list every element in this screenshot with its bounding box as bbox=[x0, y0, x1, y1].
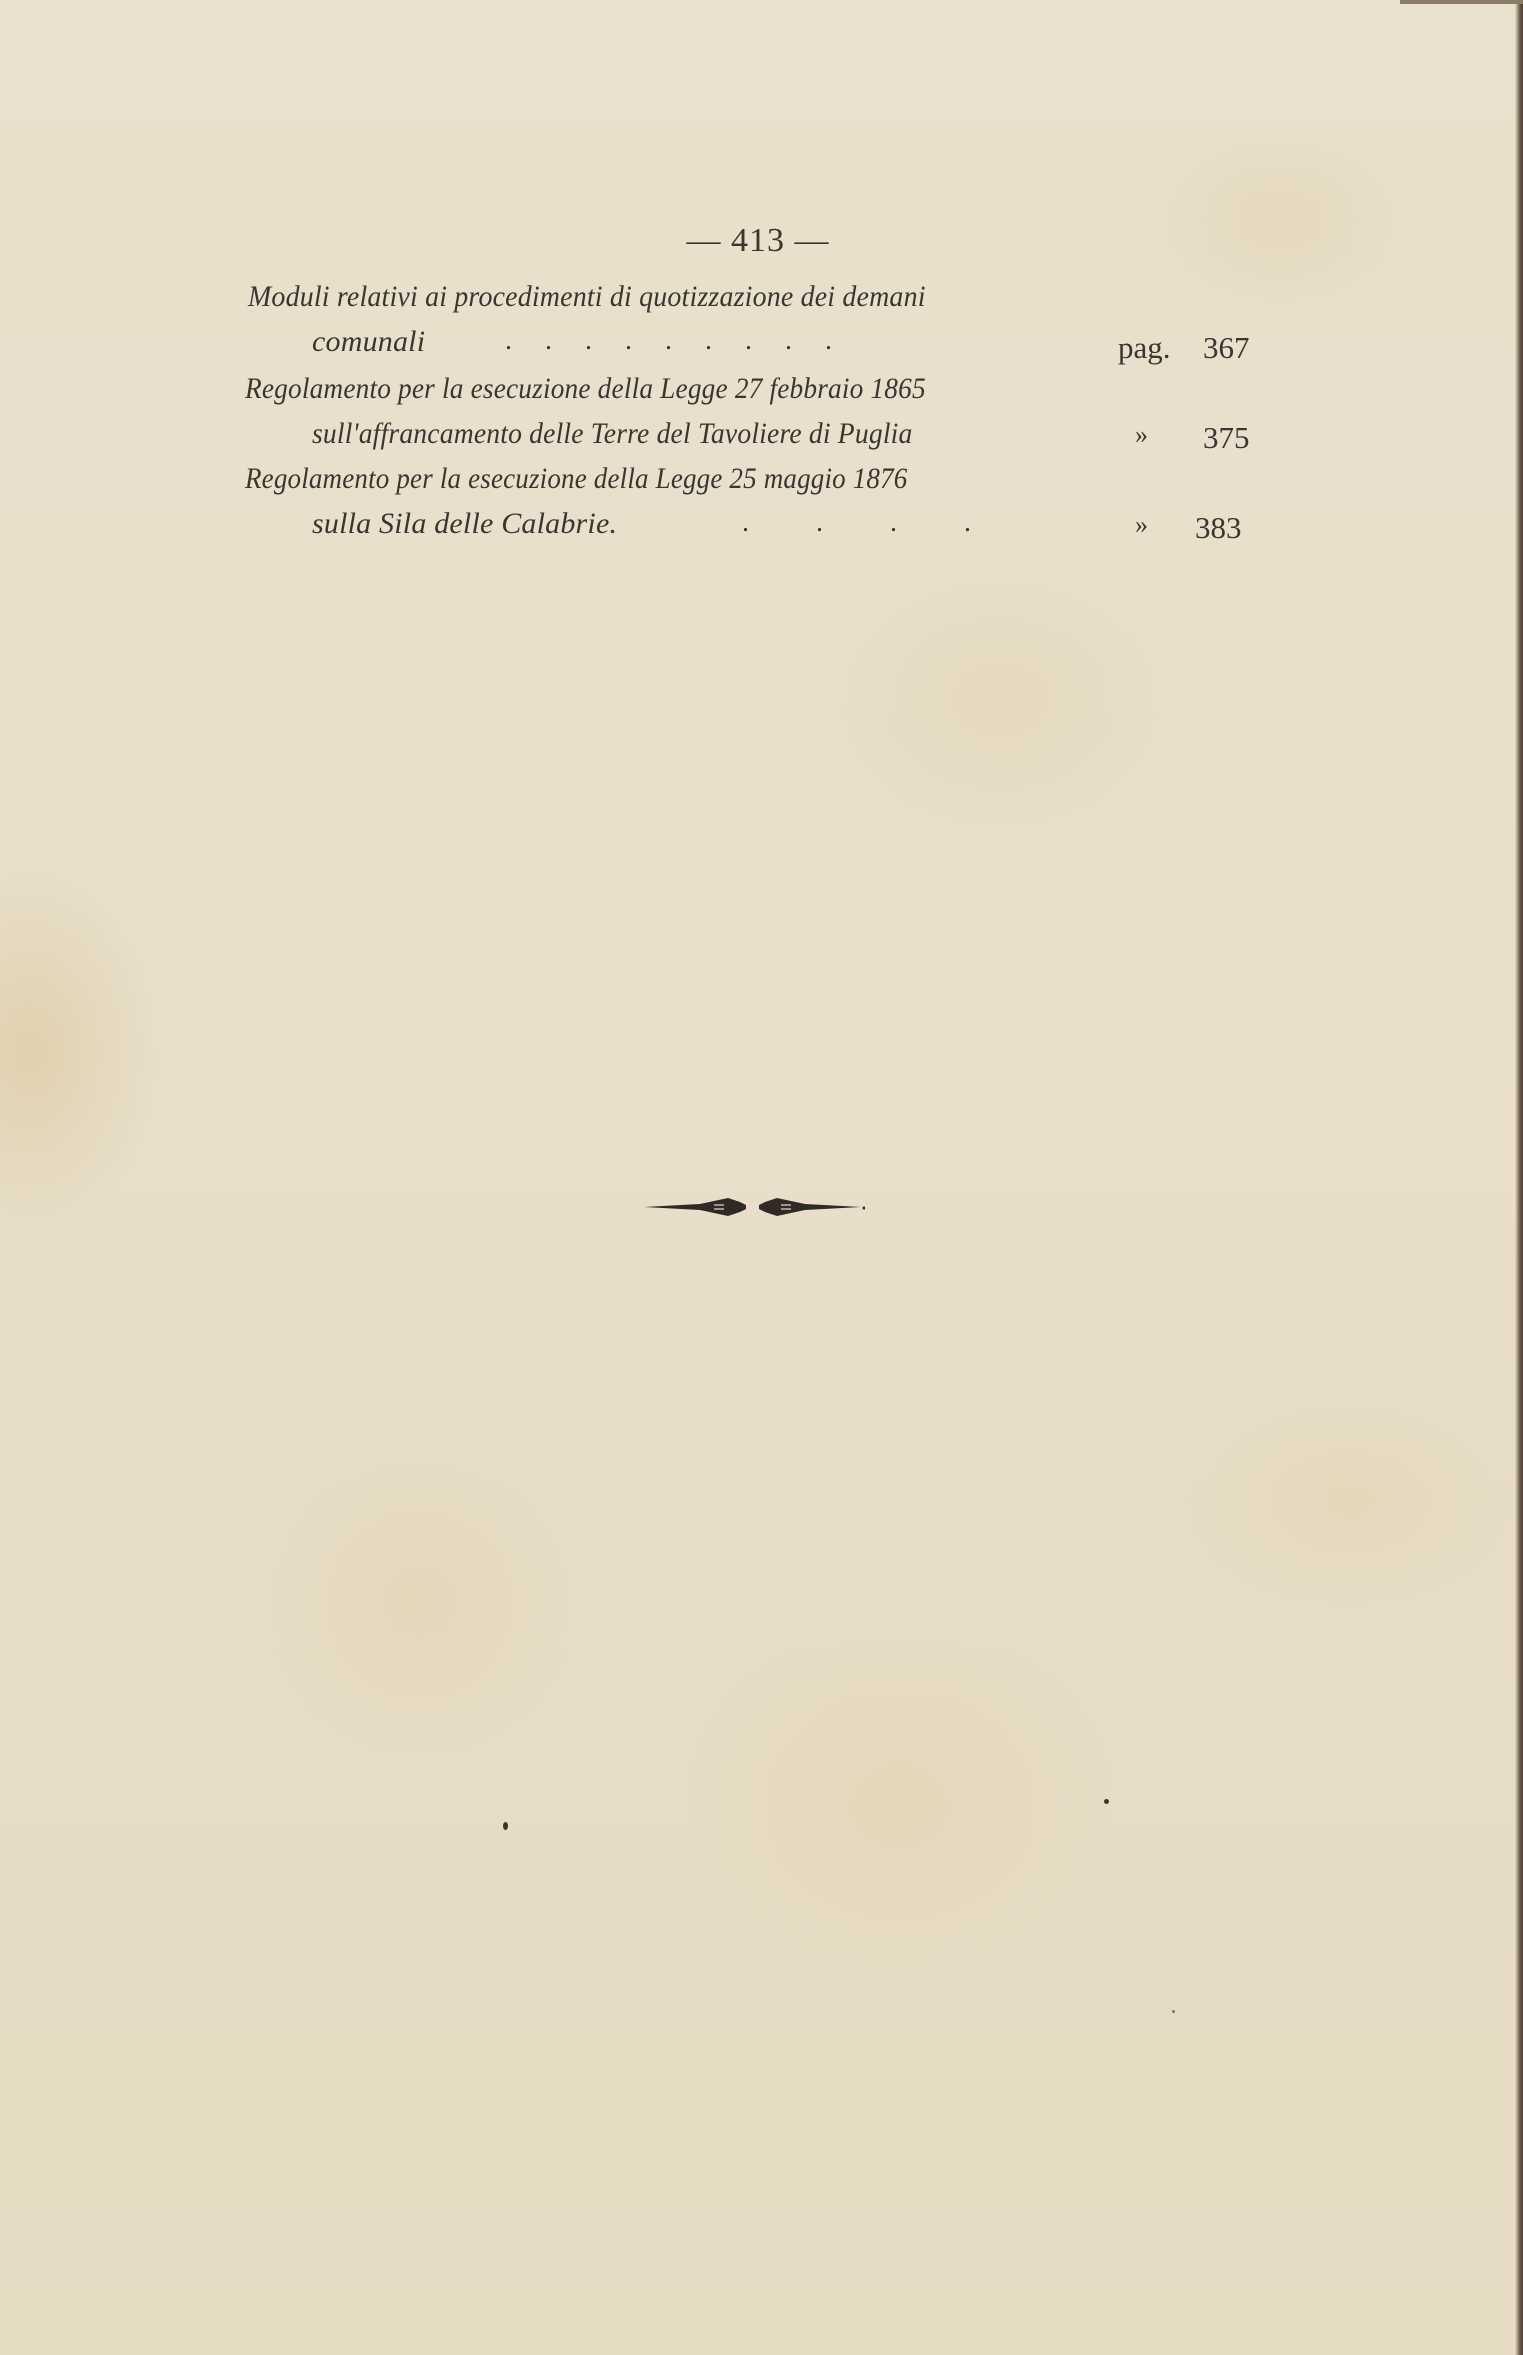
ornament-divider-icon bbox=[640, 1192, 865, 1222]
page-number-header: — 413 — bbox=[663, 222, 853, 260]
toc-entry-title: Moduli relativi ai procedimenti di quoti… bbox=[248, 280, 926, 314]
page-number: 367 bbox=[1203, 330, 1250, 366]
page-edge bbox=[1515, 0, 1523, 2355]
dot-leader: . . . . . . . . . bbox=[505, 325, 832, 357]
ink-speck bbox=[1172, 2010, 1175, 2013]
toc-entry-title: Regolamento per la esecuzione della Legg… bbox=[245, 372, 926, 406]
ditto-mark: » bbox=[1135, 510, 1148, 540]
ink-speck bbox=[1104, 1799, 1109, 1804]
toc-entry-title: Regolamento per la esecuzione della Legg… bbox=[245, 462, 907, 496]
ditto-mark: » bbox=[1135, 420, 1148, 450]
toc-entry-subtitle: comunali bbox=[312, 325, 425, 359]
page-prefix: pag. bbox=[1118, 330, 1171, 366]
toc-entry-subtitle: sulla Sila delle Calabrie. bbox=[312, 507, 617, 541]
book-page: — 413 — Moduli relativi ai procedimenti … bbox=[0, 0, 1523, 2355]
dot-leader: . . . . bbox=[742, 507, 971, 539]
page-number: 375 bbox=[1203, 420, 1250, 456]
page-edge-top bbox=[1400, 0, 1523, 4]
ink-speck bbox=[503, 1822, 508, 1830]
page-number: 383 bbox=[1195, 510, 1242, 546]
toc-entry-subtitle: sull'affrancamento delle Terre del Tavol… bbox=[312, 417, 913, 451]
